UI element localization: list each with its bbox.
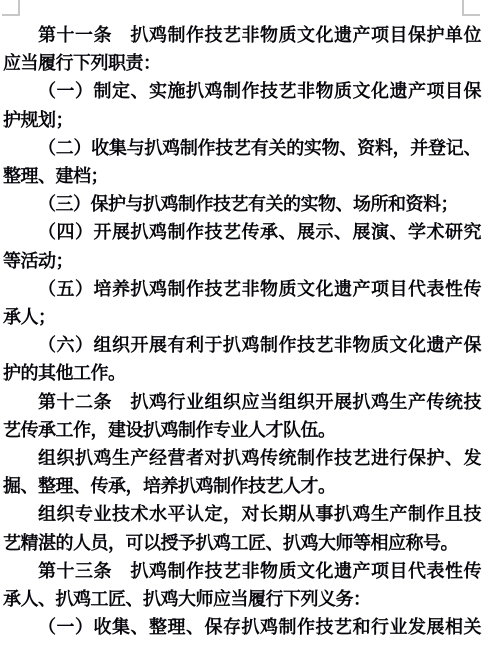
text-line: （五）培养扒鸡制作技艺非物质文化遗产项目代表性传 (3, 275, 481, 303)
text-line: 组织专业技术水平认定，对长期从事扒鸡生产制作且技 (3, 500, 481, 528)
paragraph: （四）开展扒鸡制作技艺传承、展示、展演、学术研究等活动； (3, 218, 481, 274)
paragraph: （一）收集、整理、保存扒鸡制作技艺和行业发展相关 (3, 613, 481, 641)
text-line: （一）收集、整理、保存扒鸡制作技艺和行业发展相关 (3, 613, 481, 641)
text-line: 第十一条 扒鸡制作技艺非物质文化遗产项目保护单位 (3, 21, 481, 49)
text-line: 掘、整理、传承，培养扒鸡制作技艺人才。 (3, 472, 481, 500)
paragraph: （六）组织开展有利于扒鸡制作技艺非物质文化遗产保护的其他工作。 (3, 331, 481, 387)
paragraph: （三）保护与扒鸡制作技艺有关的实物、场所和资料； (3, 190, 481, 218)
paragraph: （二）收集与扒鸡制作技艺有关的实物、资料，并登记、整理、建档； (3, 134, 481, 190)
text-line: 护的其他工作。 (3, 359, 481, 387)
text-line: 应当履行下列职责： (3, 49, 481, 77)
paragraph: 组织扒鸡生产经营者对扒鸡传统制作技艺进行保护、发掘、整理、传承，培养扒鸡制作技艺… (3, 444, 481, 500)
margin-crop-mark-top-left (2, 0, 20, 16)
text-line: 承人、扒鸡工匠、扒鸡大师应当履行下列义务： (3, 585, 481, 613)
text-line: 第十三条 扒鸡制作技艺非物质文化遗产项目代表性传 (3, 557, 481, 585)
text-line: 第十二条 扒鸡行业组织应当组织开展扒鸡生产传统技 (3, 388, 481, 416)
text-line: 护规划； (3, 106, 481, 134)
paragraph: 第十一条 扒鸡制作技艺非物质文化遗产项目保护单位应当履行下列职责： (3, 21, 481, 77)
text-line: 艺精湛的人员，可以授予扒鸡工匠、扒鸡大师等相应称号。 (3, 529, 481, 557)
text-line: 承人； (3, 303, 481, 331)
margin-crop-mark-top-right (462, 0, 480, 16)
paragraph: 第十二条 扒鸡行业组织应当组织开展扒鸡生产传统技艺传承工作，建设扒鸡制作专业人才… (3, 388, 481, 444)
text-line: （二）收集与扒鸡制作技艺有关的实物、资料，并登记、 (3, 134, 481, 162)
text-line: （六）组织开展有利于扒鸡制作技艺非物质文化遗产保 (3, 331, 481, 359)
paragraph: （一）制定、实施扒鸡制作技艺非物质文化遗产项目保护规划； (3, 77, 481, 133)
text-line: 等活动； (3, 247, 481, 275)
text-line: （三）保护与扒鸡制作技艺有关的实物、场所和资料； (3, 190, 481, 218)
text-line: 整理、建档； (3, 162, 481, 190)
document-page: 第十一条 扒鸡制作技艺非物质文化遗产项目保护单位应当履行下列职责：（一）制定、实… (0, 0, 486, 652)
text-line: （一）制定、实施扒鸡制作技艺非物质文化遗产项目保 (3, 77, 481, 105)
text-line: （四）开展扒鸡制作技艺传承、展示、展演、学术研究 (3, 218, 481, 246)
paragraph: 第十三条 扒鸡制作技艺非物质文化遗产项目代表性传承人、扒鸡工匠、扒鸡大师应当履行… (3, 557, 481, 613)
paragraph: 组织专业技术水平认定，对长期从事扒鸡生产制作且技艺精湛的人员，可以授予扒鸡工匠、… (3, 500, 481, 556)
text-line: 组织扒鸡生产经营者对扒鸡传统制作技艺进行保护、发 (3, 444, 481, 472)
paragraph: （五）培养扒鸡制作技艺非物质文化遗产项目代表性传承人； (3, 275, 481, 331)
document-body: 第十一条 扒鸡制作技艺非物质文化遗产项目保护单位应当履行下列职责：（一）制定、实… (3, 21, 481, 641)
text-line: 艺传承工作，建设扒鸡制作专业人才队伍。 (3, 416, 481, 444)
